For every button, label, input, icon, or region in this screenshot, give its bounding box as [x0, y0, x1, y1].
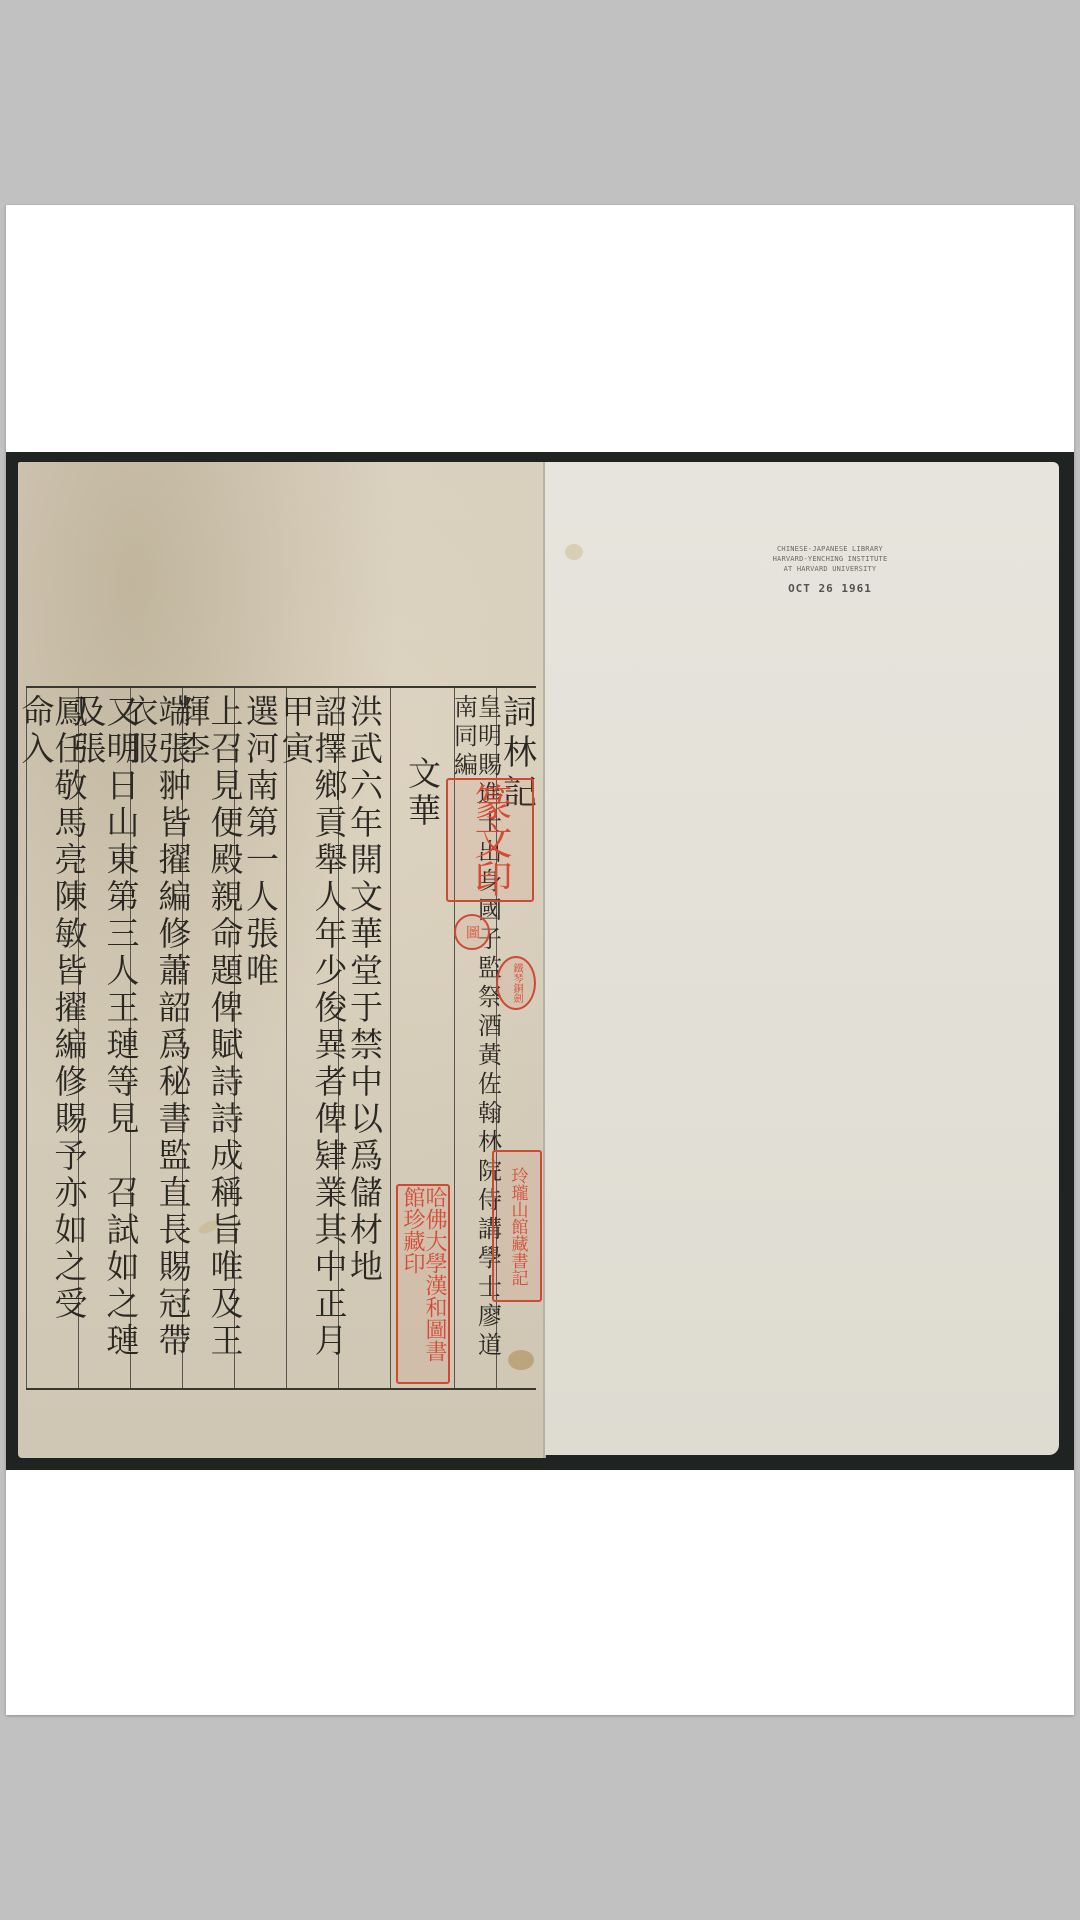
scanned-book-image: 詞林記 皇明賜進士出身國子監祭酒黃佐翰林院侍講學士廖道南同編 文華 洪武六年開文… [6, 452, 1074, 1470]
stamp-date: OCT 26 1961 [765, 584, 895, 594]
seal-round-text: 圖 [465, 925, 479, 939]
text-column-2: 詔擇鄉貢舉人年少俊異者俾肄業其中正月甲寅 [280, 694, 346, 1388]
paper-stain [565, 544, 583, 560]
text-column: 詔擇鄉貢舉人年少俊異者俾肄業其中正月甲寅 [286, 688, 338, 1388]
seal-collector: 玲瓏山館藏書記 [492, 1150, 542, 1302]
seal-oval: 鐵琴銅劍 [496, 956, 536, 1010]
right-leaf: CHINESE-JAPANESE LIBRARY HARVARD-YENCHIN… [545, 462, 1059, 1455]
text-column: 鳳任敬馬亮陳敏皆擢編修賜予亦如之受 命入 [26, 688, 78, 1388]
seal-large: 篆文印 [446, 778, 534, 902]
left-leaf: 詞林記 皇明賜進士出身國子監祭酒黃佐翰林院侍講學士廖道南同編 文華 洪武六年開文… [18, 462, 545, 1458]
text-column-1: 洪武六年開文華堂于禁中以爲儲材地 [348, 694, 381, 1286]
section-heading: 文華 [406, 756, 439, 830]
stamp-line-1: CHINESE-JAPANESE LIBRARY [765, 544, 895, 554]
library-accession-stamp: CHINESE-JAPANESE LIBRARY HARVARD-YENCHIN… [765, 544, 895, 594]
seal-small-round: 圖 [454, 914, 490, 950]
seal-oval-text: 鐵琴銅劍 [511, 963, 521, 1003]
stamp-line-2: HARVARD-YENCHING INSTITUTE [765, 554, 895, 564]
paper-stain [508, 1350, 534, 1370]
text-column-3: 選河南第一人張唯 [244, 694, 277, 990]
document-page: 詞林記 皇明賜進士出身國子監祭酒黃佐翰林院侍講學士廖道南同編 文華 洪武六年開文… [6, 205, 1074, 1715]
seal-harvard-yenching: 哈佛大學漢和圖書館珍藏印 [396, 1184, 450, 1384]
text-frame: 詞林記 皇明賜進士出身國子監祭酒黃佐翰林院侍講學士廖道南同編 文華 洪武六年開文… [26, 686, 536, 1390]
seal-collector-text: 玲瓏山館藏書記 [509, 1167, 526, 1286]
seal-harvard-text: 哈佛大學漢和圖書館珍藏印 [401, 1186, 445, 1382]
seal-large-text: 篆文印 [471, 783, 509, 897]
stamp-line-3: AT HARVARD UNIVERSITY [765, 564, 895, 574]
text-column-7: 鳳任敬馬亮陳敏皆擢編修賜予亦如之受 命入 [20, 694, 86, 1388]
